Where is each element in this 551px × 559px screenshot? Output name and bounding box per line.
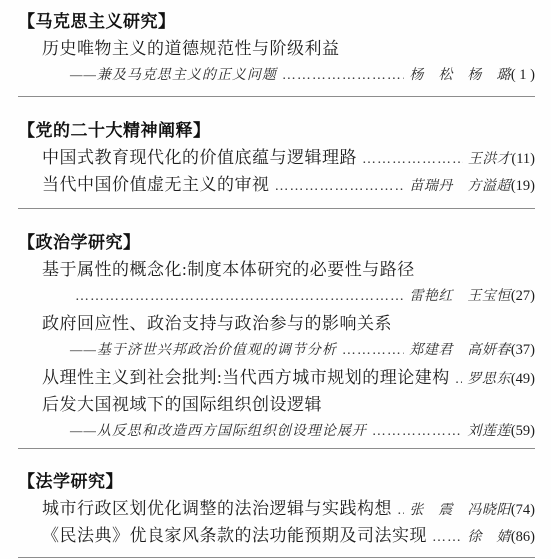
toc-entry-title: 政府回应性、政治支持与政治参与的影响关系: [42, 310, 392, 337]
leader-dots: ………………………………………………………………………………………………: [342, 337, 404, 364]
toc-entry-title: 城市行政区划优化调整的法治逻辑与实践构想: [42, 495, 392, 522]
toc-entry-page: (11): [511, 146, 535, 173]
toc-entry-page: ( 1 ): [511, 62, 535, 89]
leader-dots: ………………………………………………………………………………………………: [432, 524, 462, 551]
section-header: 【法学研究】: [18, 468, 535, 495]
section-header: 【马克思主义研究】: [18, 8, 535, 35]
toc-entry: 从理性主义到社会批判:当代西方城市规划的理论建构 …………………………………………: [18, 364, 535, 391]
toc-entry-title: 历史唯物主义的道德规范性与阶级利益: [42, 35, 340, 62]
toc-entry-authors: 苗瑞丹 方溢超: [409, 173, 511, 200]
section-divider: [18, 557, 535, 558]
toc-entry-authors: 张 震 冯晓阳: [409, 497, 511, 524]
toc-entry-authors: 刘莲莲: [467, 418, 511, 445]
toc-entry-title: 基于属性的概念化:制度本体研究的必要性与路径: [42, 256, 415, 283]
toc-entry: ——兼及马克思主义的正义问题 ……………………………………………………………………: [18, 62, 535, 89]
journal-toc-page: 【马克思主义研究】 历史唯物主义的道德规范性与阶级利益 ——兼及马克思主义的正义…: [0, 0, 551, 559]
leader-dots: ………………………………………………………………………………………………: [362, 146, 463, 173]
toc-entry-page: (37): [511, 337, 535, 364]
toc-entry-subtitle: ——兼及马克思主义的正义问题: [70, 62, 277, 89]
toc-entry-authors: 郑建君 高妍春: [409, 337, 511, 364]
toc-entry: 中国式教育现代化的价值底蕴与逻辑理路 …………………………………………………………: [18, 144, 535, 171]
toc-entry-page: (74): [511, 497, 535, 524]
toc-entry-title: 《民法典》优良家风条款的法功能预期及司法实现: [42, 522, 427, 549]
toc-entry-title: 后发大国视域下的国际组织创设逻辑: [42, 391, 322, 418]
leader-dots: ………………………………………………………………………………………………: [75, 283, 404, 310]
toc-entry: 政府回应性、政治支持与政治参与的影响关系: [18, 310, 535, 337]
toc-entry-page: (19): [511, 173, 535, 200]
toc-entry: 当代中国价值虚无主义的审视 ………………………………………………………………………: [18, 171, 535, 198]
toc-entry-authors: 罗思东: [467, 366, 511, 393]
toc-entry-title: 从理性主义到社会批判:当代西方城市规划的理论建构: [42, 364, 450, 391]
toc-entry-authors: 王洪才: [468, 146, 512, 173]
leader-dots: ………………………………………………………………………………………………: [372, 418, 462, 445]
toc-entry-page: (86): [511, 524, 535, 551]
toc-entry: ——从反思和改造西方国际组织创设理论展开 ……………………………………………………: [18, 418, 535, 445]
section-party-congress: 【党的二十大精神阐释】 中国式教育现代化的价值底蕴与逻辑理路 …………………………: [18, 97, 535, 208]
section-header: 【党的二十大精神阐释】: [18, 117, 535, 144]
leader-dots: ………………………………………………………………………………………………: [455, 366, 463, 393]
section-marxism: 【马克思主义研究】 历史唯物主义的道德规范性与阶级利益 ——兼及马克思主义的正义…: [18, 8, 535, 96]
toc-entry-title: 中国式教育现代化的价值底蕴与逻辑理路: [42, 144, 357, 171]
toc-entry-subtitle: ——从反思和改造西方国际组织创设理论展开: [70, 418, 367, 445]
leader-dots: ………………………………………………………………………………………………: [397, 497, 404, 524]
toc-entry: 基于属性的概念化:制度本体研究的必要性与路径: [18, 256, 535, 283]
toc-entry-authors: 徐 婧: [467, 524, 511, 551]
toc-entry: ——基于济世兴邦政治价值观的调节分析 …………………………………………………………: [18, 337, 535, 364]
toc-entry: 历史唯物主义的道德规范性与阶级利益: [18, 35, 535, 62]
toc-entry-page: (27): [511, 283, 535, 310]
leader-dots: ………………………………………………………………………………………………: [282, 62, 404, 89]
toc-entry: ……………………………………………………………………………………………… 雷艳红…: [18, 283, 535, 310]
section-law: 【法学研究】 城市行政区划优化调整的法治逻辑与实践构想 …………………………………: [18, 449, 535, 557]
toc-entry-page: (59): [511, 418, 535, 445]
leader-dots: ………………………………………………………………………………………………: [275, 173, 405, 200]
toc-entry-authors: 杨 松 杨 璐: [409, 62, 511, 89]
toc-entry-authors: 雷艳红 王宝恒: [409, 283, 511, 310]
toc-entry: 后发大国视域下的国际组织创设逻辑: [18, 391, 535, 418]
toc-entry: 《民法典》优良家风条款的法功能预期及司法实现 ………………………………………………: [18, 522, 535, 549]
section-political-science: 【政治学研究】 基于属性的概念化:制度本体研究的必要性与路径 …………………………: [18, 209, 535, 448]
toc-entry-subtitle: ——基于济世兴邦政治价值观的调节分析: [70, 337, 337, 364]
toc-entry-page: (49): [511, 366, 535, 393]
toc-entry-title: 当代中国价值虚无主义的审视: [42, 171, 270, 198]
section-header: 【政治学研究】: [18, 229, 535, 256]
toc-entry: 城市行政区划优化调整的法治逻辑与实践构想 ……………………………………………………: [18, 495, 535, 522]
